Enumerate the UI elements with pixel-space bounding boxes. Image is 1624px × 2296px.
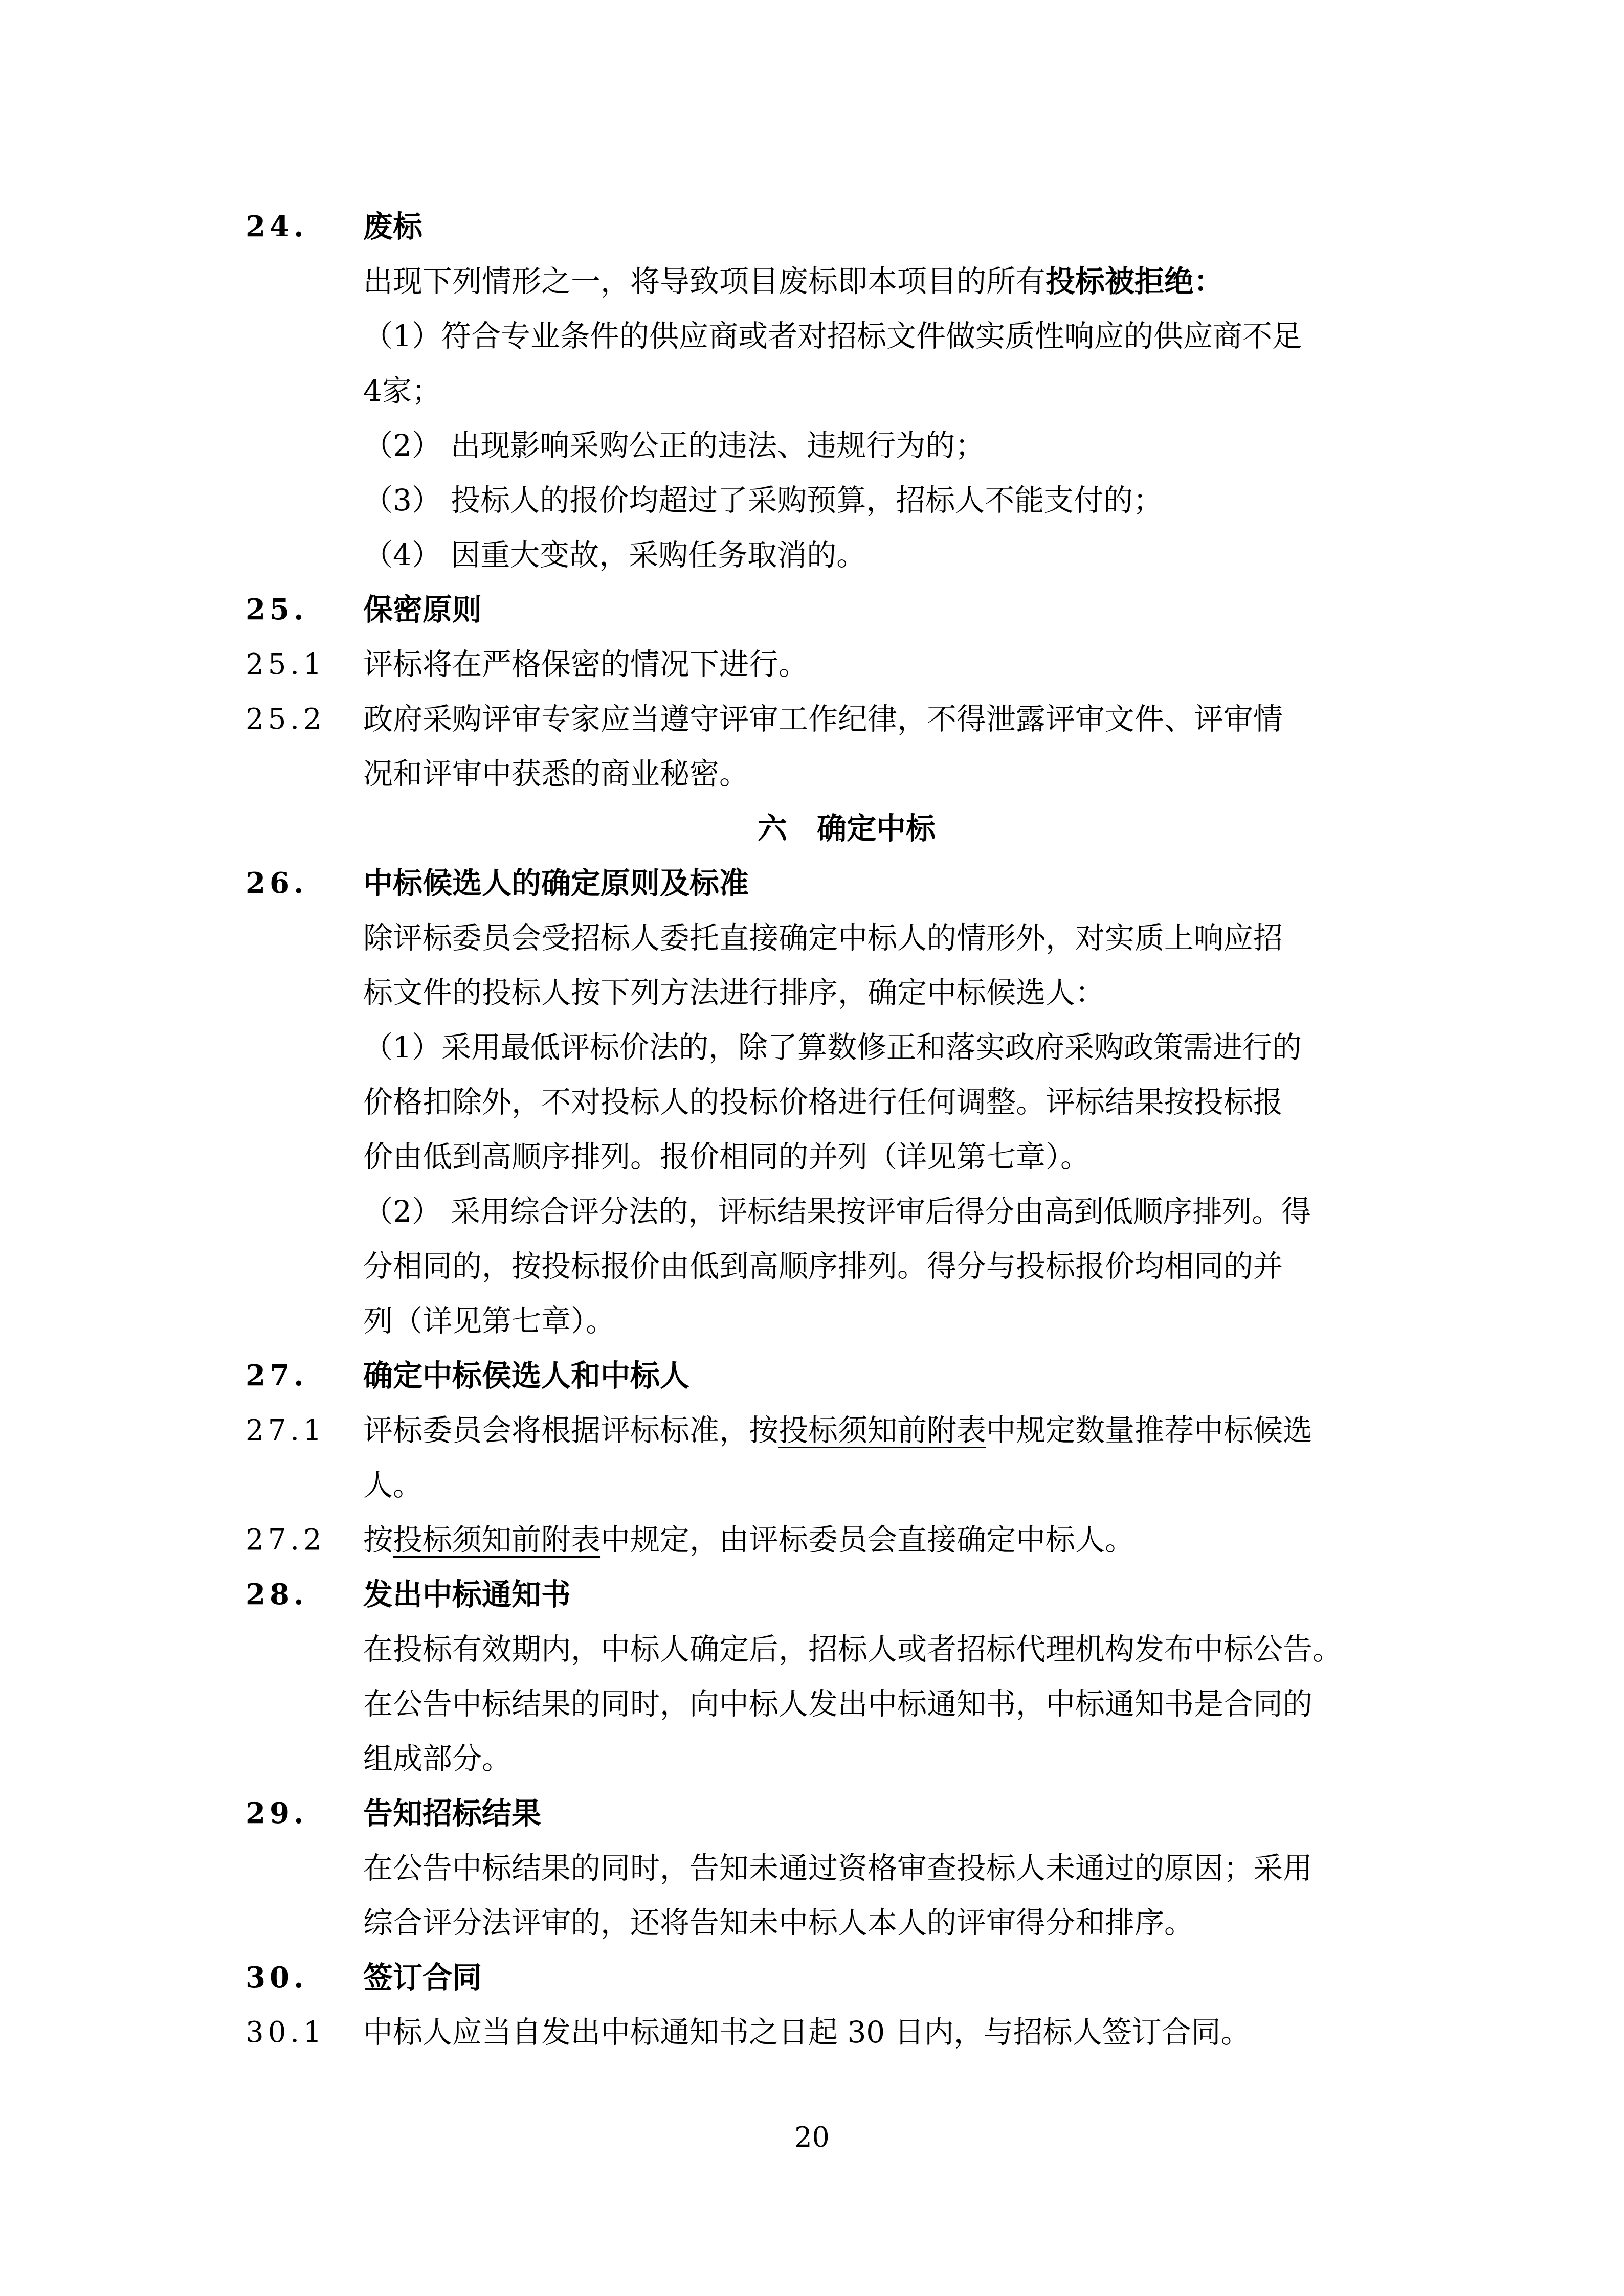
row-text: （2） 采用综合评分法的，评标结果按评审后得分由高到低顺序排列。得: [363, 1184, 1330, 1239]
row-25-1: 25.1 评标将在严格保密的情况下进行。: [0, 637, 1624, 692]
row-text: （4） 因重大变故，采购任务取消的。: [363, 528, 1330, 582]
row-25-2-cont: 况和评审中获悉的商业秘密。: [0, 747, 1624, 801]
clause-number: 30.: [246, 1950, 307, 2005]
clause-title: 发出中标通知书: [363, 1577, 571, 1612]
row-27-1: 27.1 评标委员会将根据评标标准，按投标须知前附表中规定数量推荐中标候选: [0, 1403, 1624, 1458]
row-27-2: 27.2 按投标须知前附表中规定，由评标委员会直接确定中标人。: [0, 1513, 1624, 1567]
body-segment: （2） 采用综合评分法的，评标结果按评审后得分由高到低顺序排列。得: [363, 1194, 1311, 1229]
underlined-reference: 投标须知前附表: [778, 1413, 986, 1448]
body-segment: 在公告中标结果的同时，告知未通过资格审查投标人未通过的原因；采用: [363, 1851, 1312, 1885]
row-28-body-3: 组成部分。: [0, 1731, 1624, 1786]
clause-number: 27.1: [246, 1403, 326, 1458]
row-text: 除评标委员会受招标人委托直接确定中标人的情形外，对实质上响应招: [363, 911, 1330, 965]
body-segment: 组成部分。: [363, 1741, 511, 1776]
row-text: 分相同的，按投标报价由低到高顺序排列。得分与投标报价均相同的并: [363, 1239, 1330, 1294]
body-segment: （1）采用最低评标价法的，除了算数修正和落实政府采购政策需进行的: [363, 1030, 1302, 1065]
row-text: 六 确定中标: [363, 801, 1330, 856]
clause-title: 保密原则: [363, 592, 482, 627]
body-segment: 价格扣除外，不对投标人的投标价格进行任何调整。评标结果按投标报: [363, 1085, 1283, 1119]
body-segment: （1）符合专业条件的供应商或者对招标文件做实质性响应的供应商不足: [363, 319, 1302, 353]
body-segment: 出现下列情形之一，将导致项目废标即本项目的所有: [363, 264, 1045, 299]
emphasis-segment: 投标被拒绝：: [1045, 264, 1223, 299]
clause-number: 26.: [246, 856, 307, 911]
row-26-item1-1: （1）采用最低评标价法的，除了算数修正和落实政府采购政策需进行的: [0, 1020, 1624, 1075]
body-segment: 分相同的，按投标报价由低到高顺序排列。得分与投标报价均相同的并: [363, 1249, 1283, 1284]
row-27-heading: 27. 确定中标侯选人和中标人: [0, 1348, 1624, 1403]
clause-number: 25.: [246, 582, 307, 637]
row-text: （2） 出现影响采购公正的违法、违规行为的；: [363, 418, 1330, 473]
page-number: 20: [0, 2122, 1624, 2153]
body-segment: 中规定数量推荐中标候选: [986, 1413, 1312, 1448]
row-30-heading: 30. 签订合同: [0, 1950, 1624, 2005]
row-text: 在投标有效期内，中标人确定后，招标人或者招标代理机构发布中标公告。: [363, 1622, 1330, 1677]
row-25-heading: 25. 保密原则: [0, 582, 1624, 637]
row-text: 价格扣除外，不对投标人的投标价格进行任何调整。评标结果按投标报: [363, 1075, 1330, 1130]
row-text: 中标候选人的确定原则及标准: [363, 856, 1330, 911]
row-26-item1-2: 价格扣除外，不对投标人的投标价格进行任何调整。评标结果按投标报: [0, 1075, 1624, 1130]
row-text: 废标: [363, 199, 1330, 254]
row-27-1-cont: 人。: [0, 1458, 1624, 1513]
row-chapter-6-heading: 六 确定中标: [0, 801, 1624, 856]
row-text: 况和评审中获悉的商业秘密。: [363, 747, 1330, 801]
row-text: 发出中标通知书: [363, 1567, 1330, 1622]
row-24-item1: （1）符合专业条件的供应商或者对招标文件做实质性响应的供应商不足: [0, 309, 1624, 364]
row-text: 中标人应当自发出中标通知书之日起 30 日内，与招标人签订合同。: [363, 2005, 1330, 2060]
row-24-item3: （3） 投标人的报价均超过了采购预算，招标人不能支付的；: [0, 473, 1624, 528]
body-segment: 4家；: [363, 373, 441, 408]
row-text: 签订合同: [363, 1950, 1330, 2005]
row-text: 保密原则: [363, 582, 1330, 637]
row-24-item4: （4） 因重大变故，采购任务取消的。: [0, 528, 1624, 582]
row-text: （3） 投标人的报价均超过了采购预算，招标人不能支付的；: [363, 473, 1330, 528]
body-segment: 中标人应当自发出中标通知书之日起 30 日内，与招标人签订合同。: [363, 2015, 1251, 2050]
row-26-item2-3: 列（详见第七章）。: [0, 1294, 1624, 1348]
row-26-body-2: 标文件的投标人按下列方法进行排序，确定中标候选人：: [0, 965, 1624, 1020]
clause-number: 25.1: [246, 637, 326, 692]
clause-number: 28.: [246, 1567, 307, 1622]
row-text: 出现下列情形之一，将导致项目废标即本项目的所有投标被拒绝：: [363, 254, 1330, 309]
clause-number: 25.2: [246, 692, 326, 747]
body-segment: 除评标委员会受招标人委托直接确定中标人的情形外，对实质上响应招: [363, 920, 1283, 955]
row-24-heading: 24. 废标: [0, 199, 1624, 254]
clause-title: 签订合同: [363, 1960, 482, 1995]
row-26-item2-1: （2） 采用综合评分法的，评标结果按评审后得分由高到低顺序排列。得: [0, 1184, 1624, 1239]
row-26-item1-3: 价由低到高顺序排列。报价相同的并列（详见第七章）。: [0, 1130, 1624, 1184]
row-29-body-1: 在公告中标结果的同时，告知未通过资格审查投标人未通过的原因；采用: [0, 1841, 1624, 1896]
body-segment: 评标委员会将根据评标标准，按: [363, 1413, 778, 1448]
row-text: 评标将在严格保密的情况下进行。: [363, 637, 1330, 692]
clause-number: 27.: [246, 1348, 307, 1403]
clause-number: 27.2: [246, 1513, 326, 1567]
row-28-body-2: 在公告中标结果的同时，向中标人发出中标通知书，中标通知书是合同的: [0, 1677, 1624, 1731]
clause-title: 告知招标结果: [363, 1796, 541, 1831]
row-29-heading: 29. 告知招标结果: [0, 1786, 1624, 1841]
body-segment: 综合评分法评审的，还将告知未中标人本人的评审得分和排序。: [363, 1905, 1194, 1940]
body-segment: 标文件的投标人按下列方法进行排序，确定中标候选人：: [363, 975, 1105, 1010]
row-text: （1）符合专业条件的供应商或者对招标文件做实质性响应的供应商不足: [363, 309, 1330, 364]
row-26-heading: 26. 中标候选人的确定原则及标准: [0, 856, 1624, 911]
row-text: 人。: [363, 1458, 1330, 1513]
body-segment: （4） 因重大变故，采购任务取消的。: [363, 537, 866, 572]
document-page: 24. 废标 出现下列情形之一，将导致项目废标即本项目的所有投标被拒绝： （1）…: [0, 0, 1624, 2296]
row-text: 4家；: [363, 364, 1330, 418]
row-25-2: 25.2 政府采购评审专家应当遵守评审工作纪律，不得泄露评审文件、评审情: [0, 692, 1624, 747]
row-29-body-2: 综合评分法评审的，还将告知未中标人本人的评审得分和排序。: [0, 1896, 1624, 1950]
row-text: 组成部分。: [363, 1731, 1330, 1786]
clause-title: 中标候选人的确定原则及标准: [363, 866, 749, 901]
row-text: 按投标须知前附表中规定，由评标委员会直接确定中标人。: [363, 1513, 1330, 1567]
body-segment: 在投标有效期内，中标人确定后，招标人或者招标代理机构发布中标公告。: [363, 1632, 1342, 1667]
body-segment: 在公告中标结果的同时，向中标人发出中标通知书，中标通知书是合同的: [363, 1686, 1312, 1721]
body-segment: 价由低到高顺序排列。报价相同的并列（详见第七章）。: [363, 1139, 1090, 1174]
body-segment: （2） 出现影响采购公正的违法、违规行为的；: [363, 428, 985, 463]
underlined-reference: 投标须知前附表: [393, 1522, 600, 1557]
body-segment: 中规定，由评标委员会直接确定中标人。: [600, 1522, 1134, 1557]
row-26-body-1: 除评标委员会受招标人委托直接确定中标人的情形外，对实质上响应招: [0, 911, 1624, 965]
body-segment: 政府采购评审专家应当遵守评审工作纪律，不得泄露评审文件、评审情: [363, 702, 1283, 736]
body-segment: 人。: [363, 1468, 422, 1502]
row-24-item2: （2） 出现影响采购公正的违法、违规行为的；: [0, 418, 1624, 473]
row-28-heading: 28. 发出中标通知书: [0, 1567, 1624, 1622]
body-segment: 评标将在严格保密的情况下进行。: [363, 647, 808, 682]
body-segment: （3） 投标人的报价均超过了采购预算，招标人不能支付的；: [363, 483, 1163, 517]
row-text: 标文件的投标人按下列方法进行排序，确定中标候选人：: [363, 965, 1330, 1020]
body-segment: 按: [363, 1522, 393, 1557]
row-text: 评标委员会将根据评标标准，按投标须知前附表中规定数量推荐中标候选: [363, 1403, 1330, 1458]
row-text: 价由低到高顺序排列。报价相同的并列（详见第七章）。: [363, 1130, 1330, 1184]
row-30-1: 30.1 中标人应当自发出中标通知书之日起 30 日内，与招标人签订合同。: [0, 2005, 1624, 2060]
row-24-intro: 出现下列情形之一，将导致项目废标即本项目的所有投标被拒绝：: [0, 254, 1624, 309]
row-text: 在公告中标结果的同时，向中标人发出中标通知书，中标通知书是合同的: [363, 1677, 1330, 1731]
row-text: 政府采购评审专家应当遵守评审工作纪律，不得泄露评审文件、评审情: [363, 692, 1330, 747]
clause-number: 30.1: [246, 2005, 326, 2060]
clause-number: 29.: [246, 1786, 307, 1841]
chapter-title: 六 确定中标: [758, 811, 936, 846]
row-text: 确定中标侯选人和中标人: [363, 1348, 1330, 1403]
row-text: 综合评分法评审的，还将告知未中标人本人的评审得分和排序。: [363, 1896, 1330, 1950]
body-segment: 列（详见第七章）。: [363, 1303, 615, 1338]
body-segment: 况和评审中获悉的商业秘密。: [363, 756, 749, 791]
document-content: 24. 废标 出现下列情形之一，将导致项目废标即本项目的所有投标被拒绝： （1）…: [0, 199, 1624, 2060]
row-text: （1）采用最低评标价法的，除了算数修正和落实政府采购政策需进行的: [363, 1020, 1330, 1075]
row-26-item2-2: 分相同的，按投标报价由低到高顺序排列。得分与投标报价均相同的并: [0, 1239, 1624, 1294]
row-text: 列（详见第七章）。: [363, 1294, 1330, 1348]
clause-number: 24.: [246, 199, 307, 254]
clause-title: 废标: [363, 209, 422, 244]
row-text: 在公告中标结果的同时，告知未通过资格审查投标人未通过的原因；采用: [363, 1841, 1330, 1896]
clause-title: 确定中标侯选人和中标人: [363, 1358, 689, 1393]
row-24-item1-cont: 4家；: [0, 364, 1624, 418]
row-text: 告知招标结果: [363, 1786, 1330, 1841]
row-28-body-1: 在投标有效期内，中标人确定后，招标人或者招标代理机构发布中标公告。: [0, 1622, 1624, 1677]
